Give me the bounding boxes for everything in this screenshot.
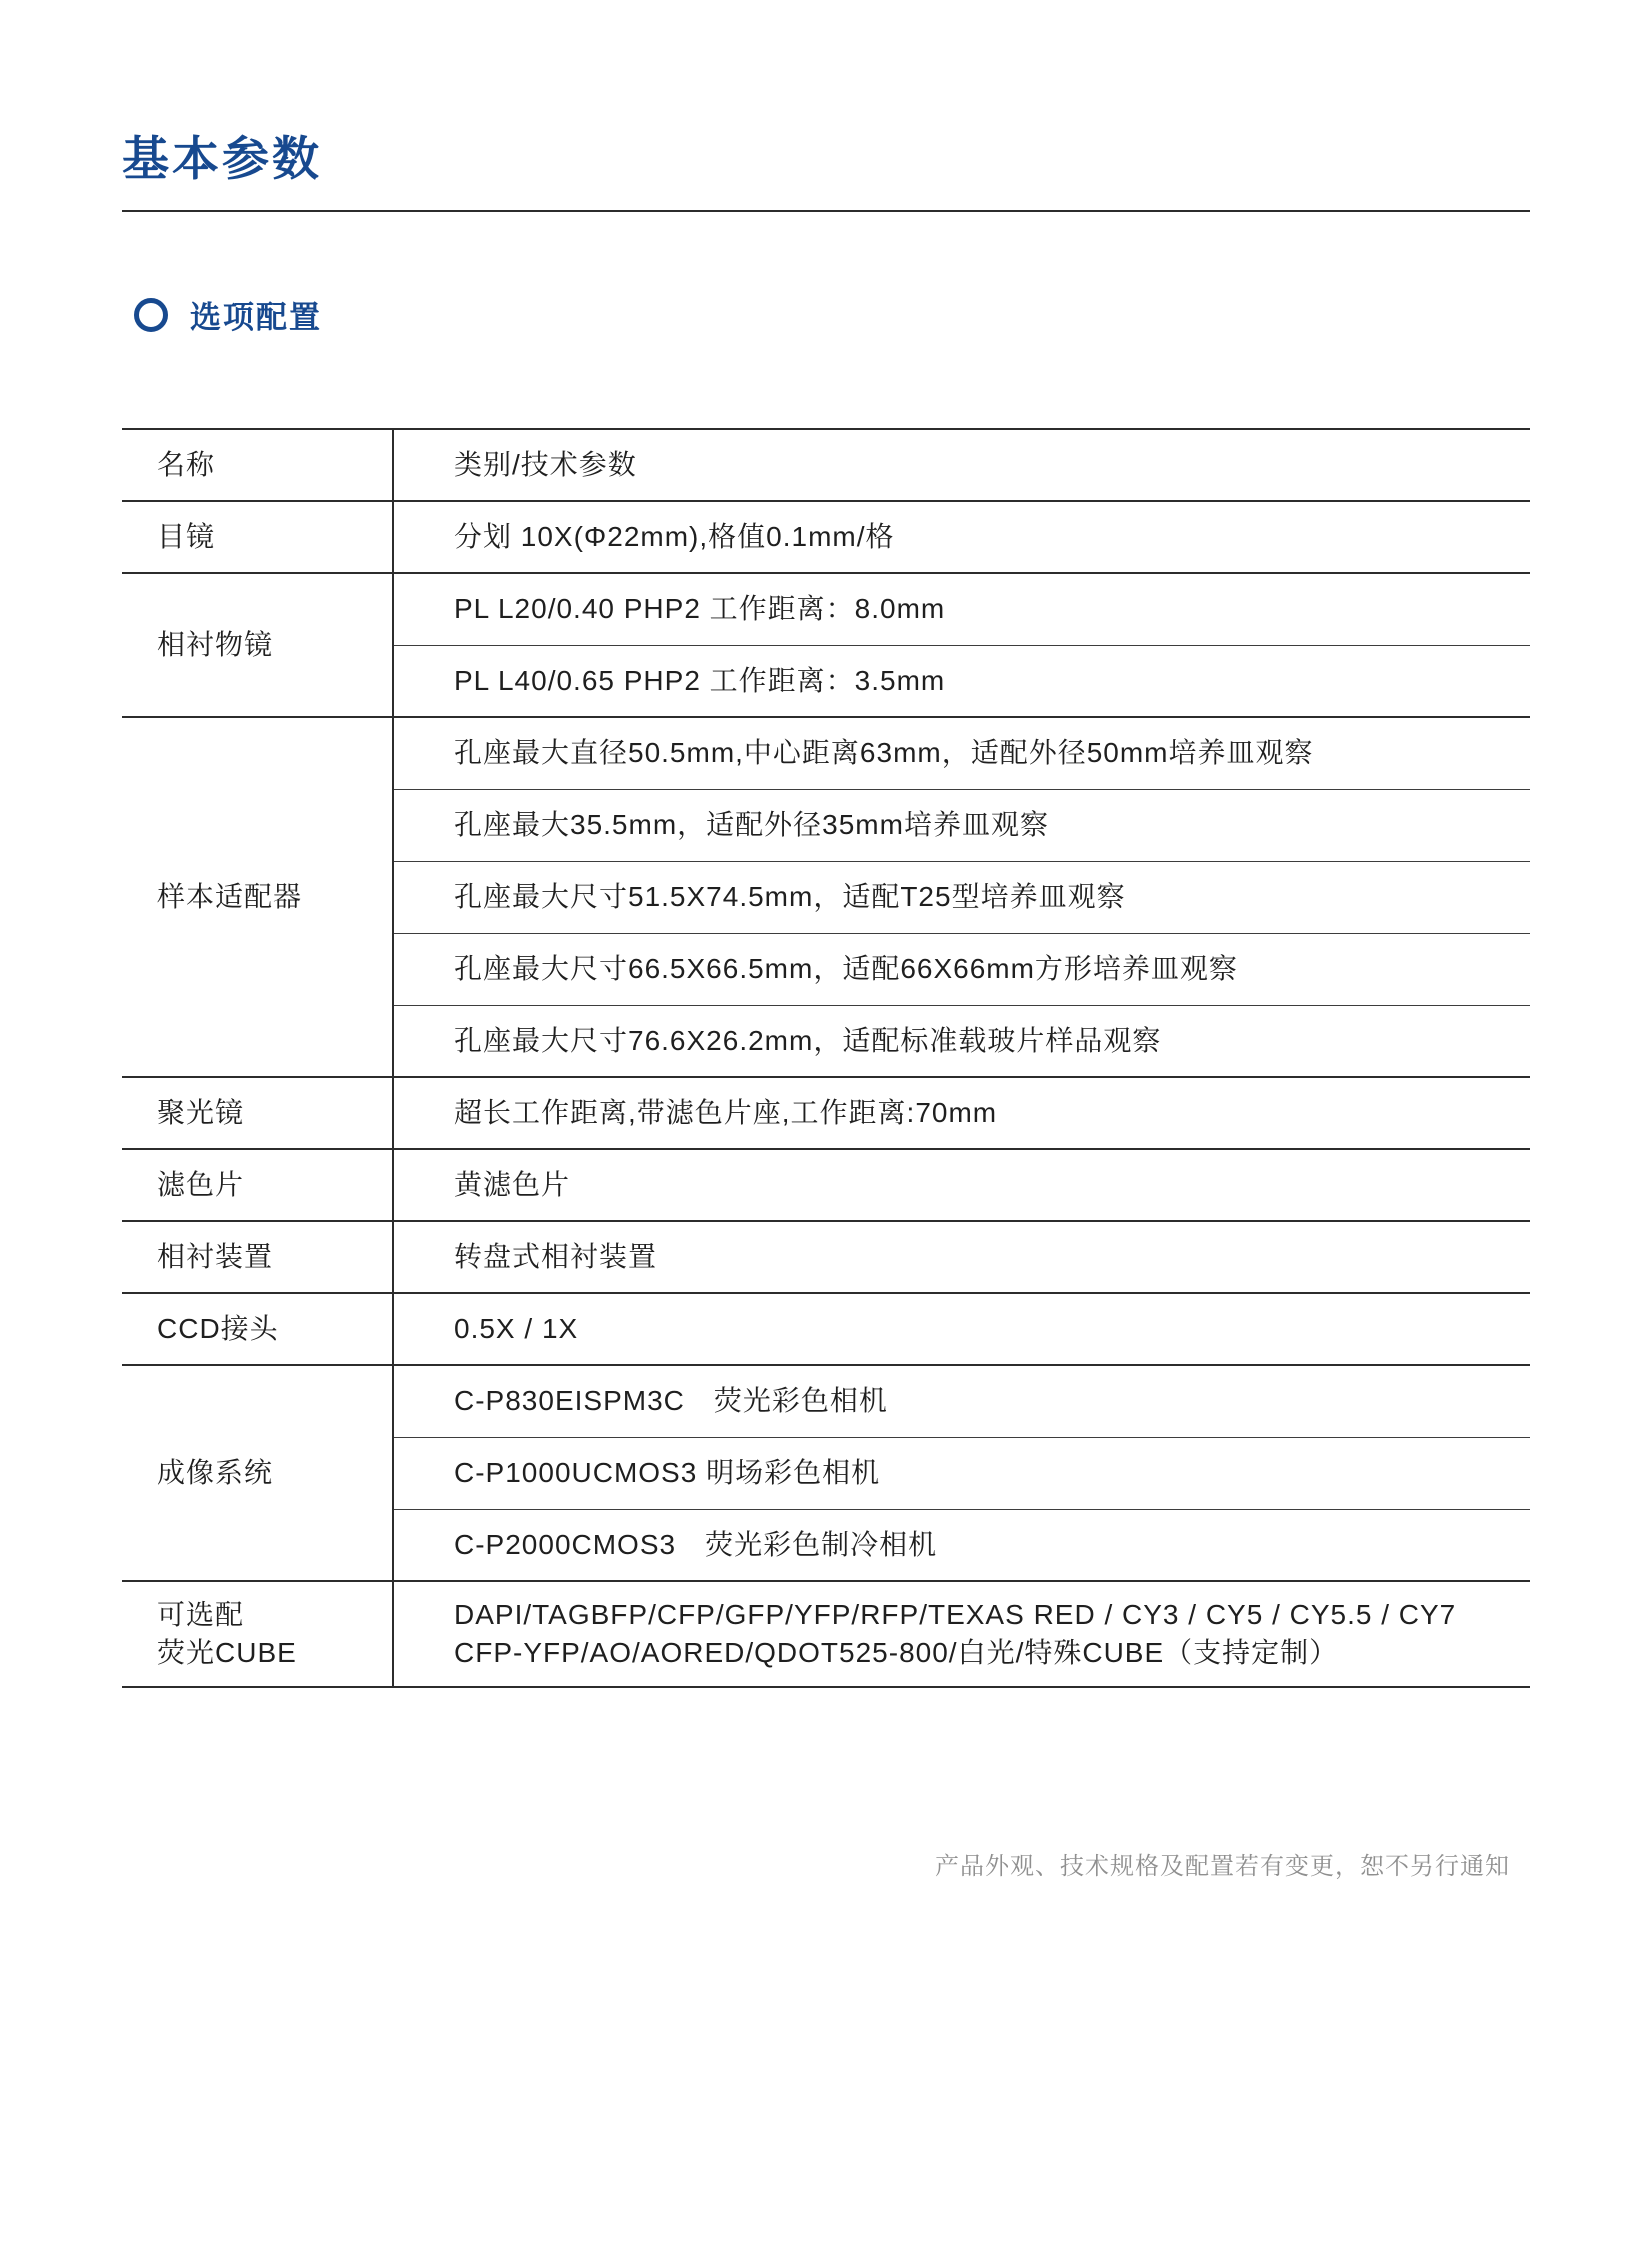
row-label: 相衬物镜 [122, 573, 393, 717]
table-row: 聚光镜超长工作距离,带滤色片座,工作距离:70mm [122, 1077, 1530, 1149]
circle-marker-icon [134, 298, 168, 332]
row-label: 目镜 [122, 501, 393, 573]
row-value: 孔座最大直径50.5mm,中心距离63mm，适配外径50mm培养皿观察 [393, 717, 1530, 789]
row-label: 成像系统 [122, 1365, 393, 1581]
row-label: 样本适配器 [122, 717, 393, 1077]
table-row: 样本适配器孔座最大直径50.5mm,中心距离63mm，适配外径50mm培养皿观察 [122, 717, 1530, 789]
row-value: DAPI/TAGBFP/CFP/GFP/YFP/RFP/TEXAS RED / … [393, 1581, 1530, 1687]
table-row: 滤色片黄滤色片 [122, 1149, 1530, 1221]
row-value: C-P830EISPM3C 荧光彩色相机 [393, 1365, 1530, 1437]
row-value: C-P2000CMOS3 荧光彩色制冷相机 [393, 1509, 1530, 1581]
table-row: 名称类别/技术参数 [122, 429, 1530, 501]
row-value: 孔座最大35.5mm，适配外径35mm培养皿观察 [393, 789, 1530, 861]
row-value: 黄滤色片 [393, 1149, 1530, 1221]
table-row: 相衬装置转盘式相衬装置 [122, 1221, 1530, 1293]
table-row: 目镜分划 10X(Φ22mm),格值0.1mm/格 [122, 501, 1530, 573]
row-value: PL L20/0.40 PHP2 工作距离：8.0mm [393, 573, 1530, 645]
row-value: PL L40/0.65 PHP2 工作距离：3.5mm [393, 645, 1530, 717]
table-row: 相衬物镜PL L20/0.40 PHP2 工作距离：8.0mm [122, 573, 1530, 645]
table-row: 成像系统C-P830EISPM3C 荧光彩色相机 [122, 1365, 1530, 1437]
spec-table-body: 名称类别/技术参数目镜分划 10X(Φ22mm),格值0.1mm/格相衬物镜PL… [122, 429, 1530, 1687]
spec-table: 名称类别/技术参数目镜分划 10X(Φ22mm),格值0.1mm/格相衬物镜PL… [122, 428, 1530, 1688]
row-label: CCD接头 [122, 1293, 393, 1365]
footer-note: 产品外观、技术规格及配置若有变更，恕不另行通知 [122, 1846, 1510, 1881]
row-label: 可选配 荧光CUBE [122, 1581, 393, 1687]
row-label: 聚光镜 [122, 1077, 393, 1149]
table-row: 可选配 荧光CUBEDAPI/TAGBFP/CFP/GFP/YFP/RFP/TE… [122, 1581, 1530, 1687]
row-value: 0.5X / 1X [393, 1293, 1530, 1365]
row-label: 滤色片 [122, 1149, 393, 1221]
row-value: 类别/技术参数 [393, 429, 1530, 501]
title-underline [122, 210, 1530, 212]
row-value: 孔座最大尺寸51.5X74.5mm，适配T25型培养皿观察 [393, 861, 1530, 933]
row-label: 名称 [122, 429, 393, 501]
row-value: 超长工作距离,带滤色片座,工作距离:70mm [393, 1077, 1530, 1149]
row-value: 孔座最大尺寸76.6X26.2mm，适配标准载玻片样品观察 [393, 1005, 1530, 1077]
section-header: 选项配置 [134, 292, 322, 337]
row-label: 相衬装置 [122, 1221, 393, 1293]
row-value: 转盘式相衬装置 [393, 1221, 1530, 1293]
row-value: C-P1000UCMOS3 明场彩色相机 [393, 1437, 1530, 1509]
table-row: CCD接头0.5X / 1X [122, 1293, 1530, 1365]
page-title: 基本参数 [122, 122, 322, 189]
row-value: 孔座最大尺寸66.5X66.5mm，适配66X66mm方形培养皿观察 [393, 933, 1530, 1005]
section-heading: 选项配置 [190, 292, 322, 337]
row-value: 分划 10X(Φ22mm),格值0.1mm/格 [393, 501, 1530, 573]
